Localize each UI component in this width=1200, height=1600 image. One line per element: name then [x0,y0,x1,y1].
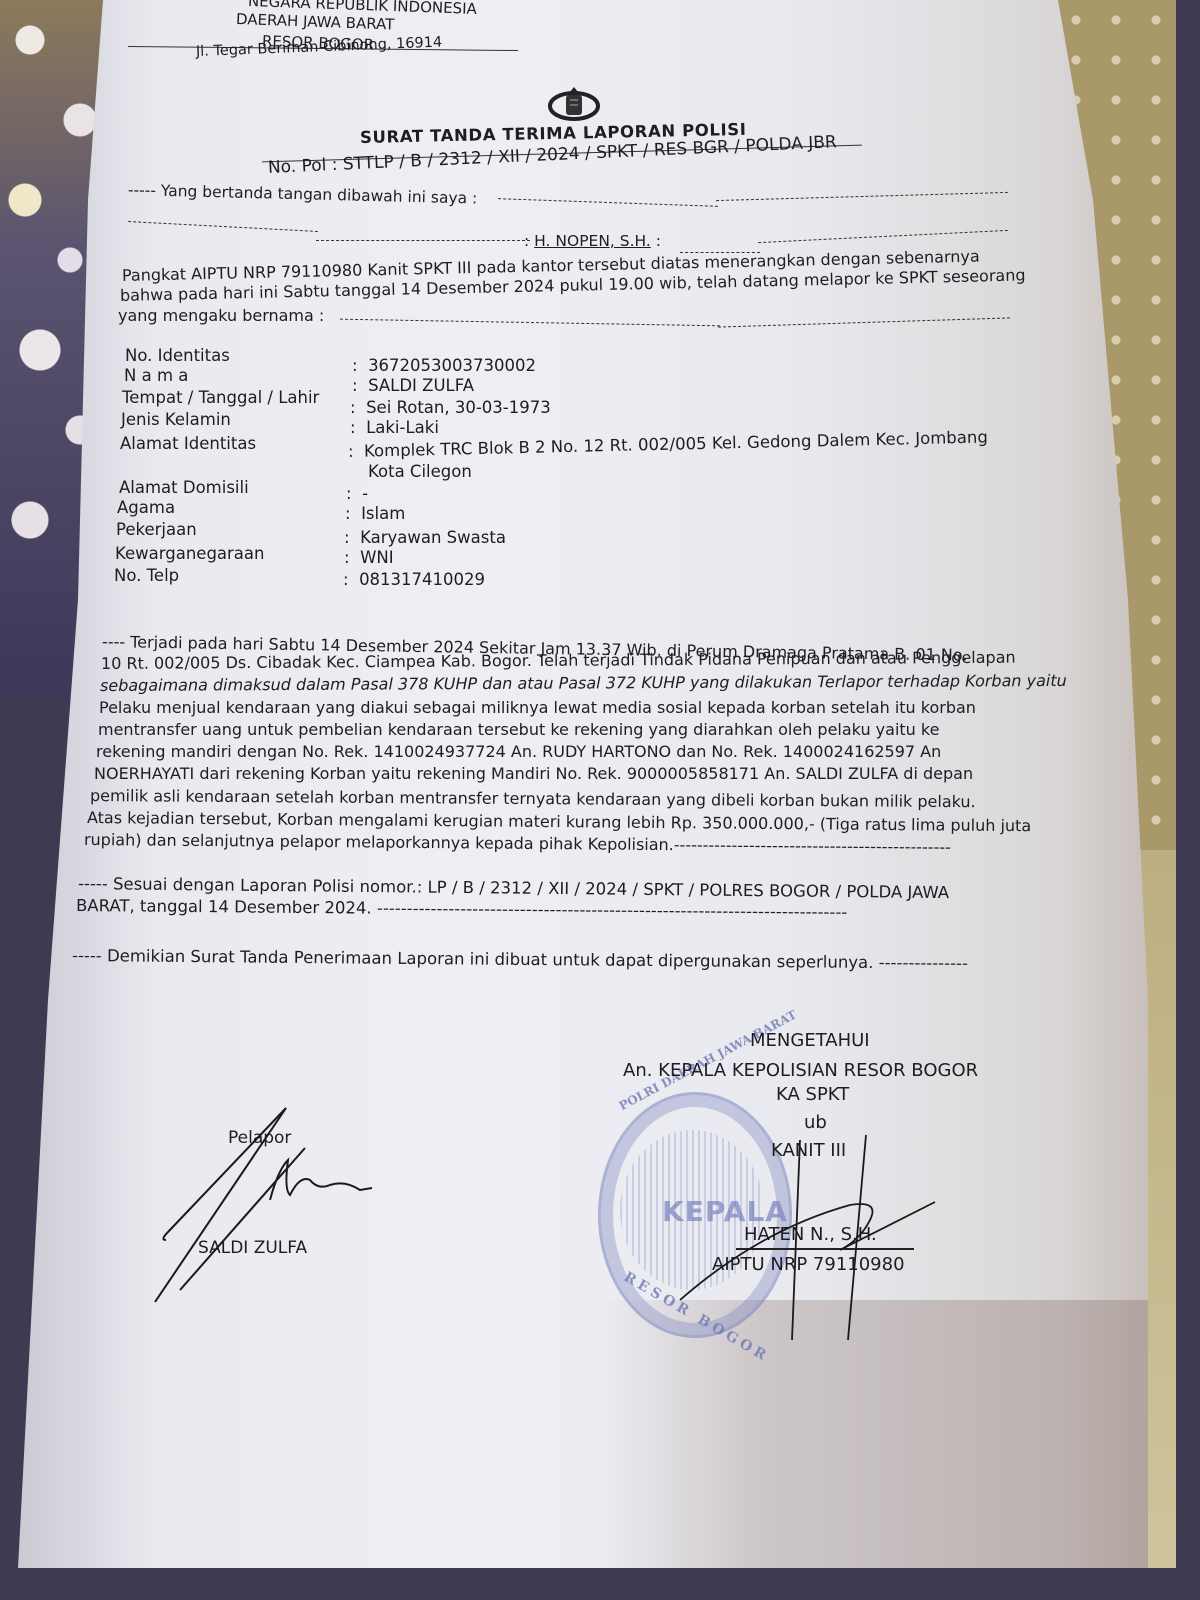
ub-label: ub [804,1112,827,1133]
field-value-phone: : 081317410029 [343,570,485,590]
field-value-address-city: Kota Cilegon [368,462,472,482]
acknowledge-label: MENGETAHUI [750,1030,870,1051]
police-crest-icon [548,86,600,122]
narrative-line: Pelaku menjual kendaraan yang diakui seb… [99,698,976,719]
sub-unit-label: KANIT III [771,1140,846,1161]
field-label-nationality: Kewarganegaraan [115,544,265,564]
birth-place-date: Sei Rotan, 30-03-1973 [366,398,551,417]
statement-line-3: yang mengaku bernama : [118,306,324,326]
field-value-gender: : Laki-Laki [350,418,439,438]
paper-shadow [600,1300,1148,1568]
officer-signer-name: HATEN N., S.H. [744,1224,877,1245]
phone-number: 081317410029 [359,570,485,589]
field-value-nationality: : WNI [344,548,394,568]
field-label-occupation: Pekerjaan [116,520,197,540]
officer-name-intro: : H. NOPEN, S.H. : [524,232,661,250]
dash-fill [316,240,530,241]
narrative-line: NOERHAYATI dari rekening Korban yaitu re… [94,764,973,785]
occupation: Karyawan Swasta [360,528,506,547]
reporter-name: SALDI ZULFA [368,376,474,395]
reporter-role-label: Pelapor [228,1128,291,1148]
field-value-domicile: : - [346,484,368,504]
officer-rank: AIPTU NRP 79110980 [712,1254,905,1275]
gender: Laki-Laki [366,418,439,437]
field-label-religion: Agama [117,498,175,518]
religion: Islam [361,504,405,523]
nationality: WNI [360,548,394,567]
identity-number: 3672053003730002 [368,356,536,375]
field-value-occupation: : Karyawan Swasta [344,528,506,548]
field-value-identity: : 3672053003730002 [352,356,536,376]
field-label-identity: No. Identitas [125,346,230,366]
reporter-signer-name: SALDI ZULFA [198,1238,307,1258]
unit-label: KA SPKT [776,1084,849,1105]
officer-name-underline [736,1248,914,1250]
field-label-birth: Tempat / Tanggal / Lahir [122,388,319,408]
narrative-line: rekening mandiri dengan No. Rek. 1410024… [96,742,941,763]
field-label-gender: Jenis Kelamin [121,410,231,430]
office-label: An. KEPALA KEPOLISIAN RESOR BOGOR [623,1060,978,1081]
narrative-line: mentransfer uang untuk pembelian kendara… [98,720,939,741]
domicile-address: - [362,484,368,503]
field-value-name: : SALDI ZULFA [352,376,474,396]
field-label-phone: No. Telp [114,566,179,586]
officer-name: H. NOPEN, S.H. [534,232,651,250]
field-label-address: Alamat Identitas [120,434,256,454]
field-label-domicile: Alamat Domisili [119,478,249,498]
field-value-birth: : Sei Rotan, 30-03-1973 [350,398,551,418]
field-label-name: N a m a [124,366,188,386]
field-value-religion: : Islam [345,504,405,524]
